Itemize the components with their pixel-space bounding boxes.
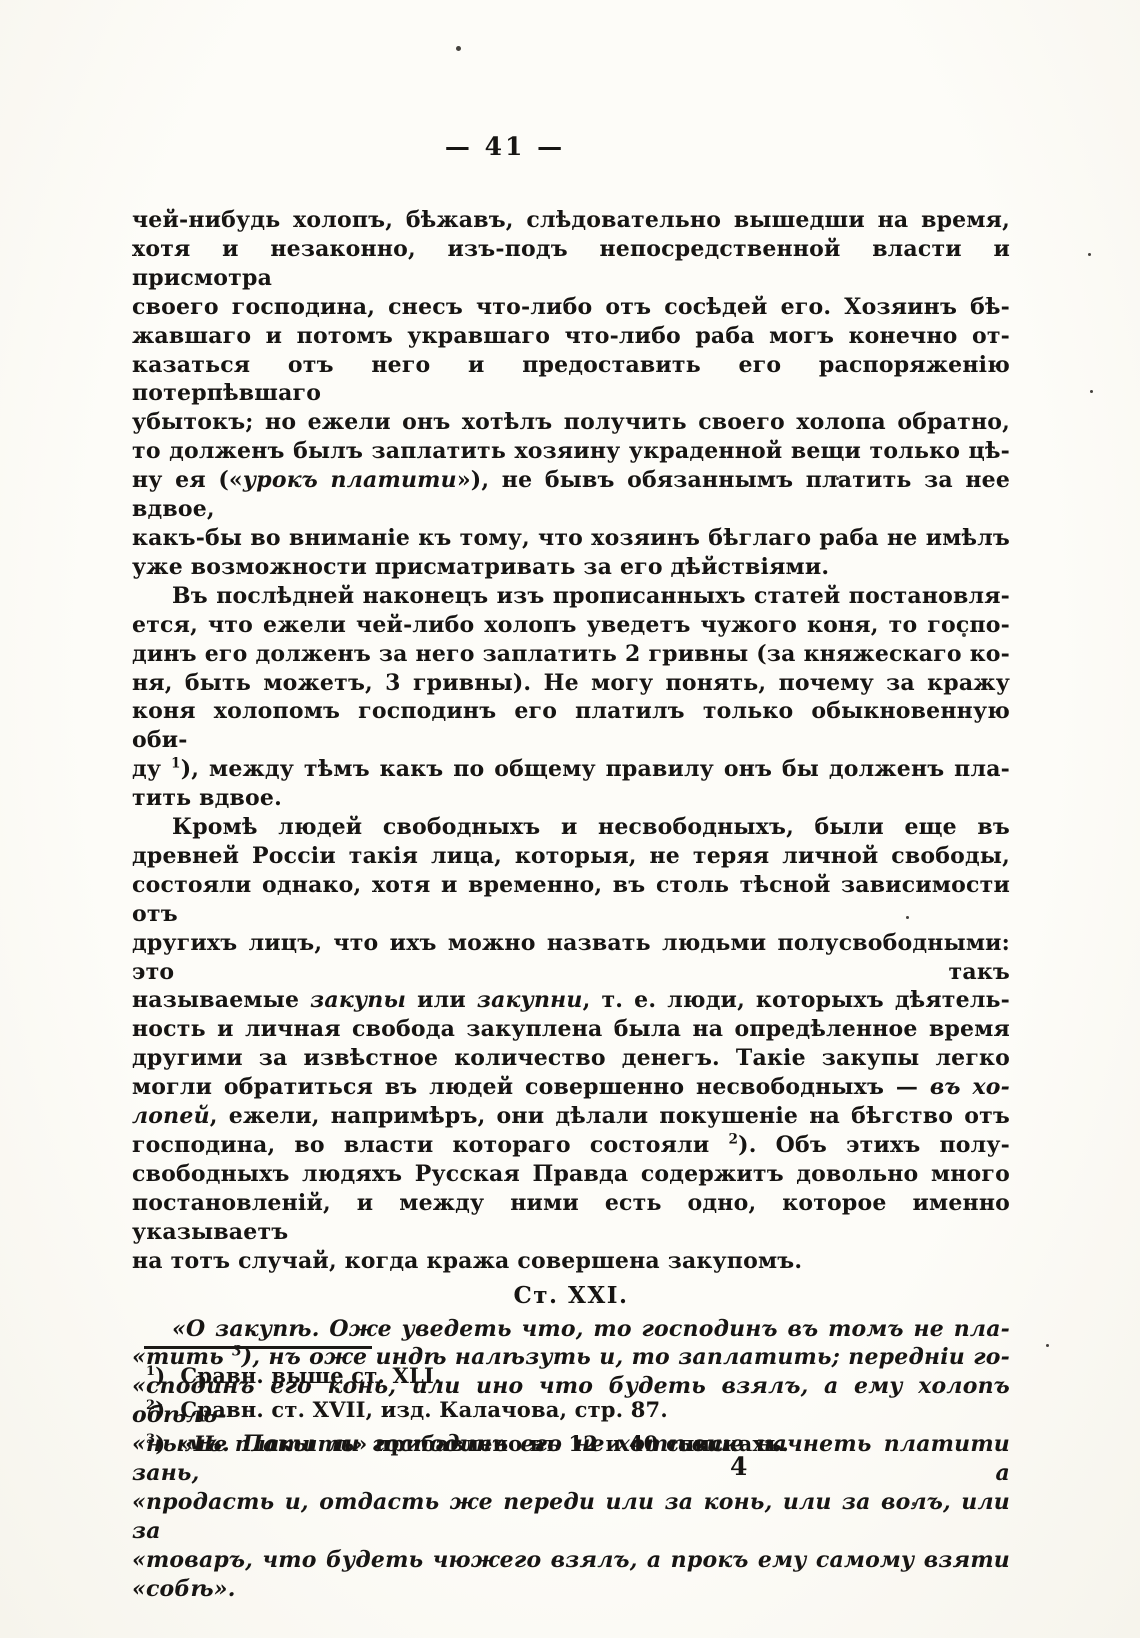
text-line: постановленій, и между ними есть одно, к… [132, 1189, 1010, 1247]
text-line: ду 1), между тѣмъ какъ по общему правилу… [132, 755, 1010, 784]
footnotes-block: 1) Сравн. выше ст. XLI.2) Сравн. ст. XVI… [132, 1346, 1010, 1461]
paragraph-1: чей-нибудь холопъ, бѣжавъ, слѣдовательно… [132, 206, 1010, 582]
text-line: другихъ лицъ, что ихъ можно назвать людь… [132, 929, 1010, 987]
signature-number: 4 [730, 1452, 748, 1481]
section-heading: Ст. XXI. [132, 1281, 1010, 1311]
text-line: чей-нибудь холопъ, бѣжавъ, слѣдовательно… [132, 206, 1010, 235]
scan-speck [1046, 1344, 1049, 1347]
text-line: коня холопомъ господинъ его платилъ толь… [132, 697, 1010, 755]
text-line: называемые закупы или закупни, т. е. люд… [132, 986, 1010, 1015]
text-line: лопей, ежели, напримѣръ, они дѣлали поку… [132, 1102, 1010, 1131]
text-line: на тотъ случай, когда кража совершена за… [132, 1247, 1010, 1276]
page-number-header: — 41 — [0, 132, 1010, 161]
text-line: убытокъ; но ежели онъ хотѣлъ получить св… [132, 408, 1010, 437]
text-line: состояли однако, хотя и временно, въ сто… [132, 871, 1010, 929]
text-line: хотя и незаконно, изъ-подъ непосредствен… [132, 235, 1010, 293]
text-line: Въ послѣдней наконецъ изъ прописанныхъ с… [132, 582, 1010, 611]
text-line: ня, быть можетъ, 3 гривны). Не могу поня… [132, 669, 1010, 698]
footnote-separator-rule [144, 1346, 372, 1349]
text-line: 1) Сравн. выше ст. XLI. [132, 1359, 1010, 1393]
text-line: «товаръ, что будеть чюжего взялъ, а прок… [132, 1546, 1010, 1575]
text-line: тить вдвое. [132, 784, 1010, 813]
scan-speck [906, 916, 909, 919]
scan-speck [836, 477, 839, 480]
text-line: Кромѣ людей свободныхъ и несвободныхъ, б… [132, 813, 1010, 842]
text-line: могли обратиться въ людей совершенно нес… [132, 1073, 1010, 1102]
text-line: 2) Сравн. ст. XVII, изд. Калачова, стр. … [132, 1393, 1010, 1427]
scan-speck [912, 1502, 916, 1506]
text-line: ется, что ежели чей-либо холопъ уведетъ … [132, 611, 1010, 640]
scan-speck [962, 633, 966, 637]
text-line: 3) «Не платить» прибавлено въ 12 и 40 сп… [132, 1427, 1010, 1461]
text-line: то долженъ былъ заплатить хозяину украде… [132, 437, 1010, 466]
text-line: древней Россіи такія лица, которыя, не т… [132, 842, 1010, 871]
scan-speck [456, 46, 461, 51]
text-line: казаться отъ него и предоставить его рас… [132, 351, 1010, 409]
text-line: другими за извѣстное количество денегъ. … [132, 1044, 1010, 1073]
book-page: — 41 — чей-нибудь холопъ, бѣжавъ, слѣдов… [0, 0, 1140, 1638]
paragraph-2: Въ послѣдней наконецъ изъ прописанныхъ с… [132, 582, 1010, 813]
text-line: господина, во власти котораго состояли 2… [132, 1131, 1010, 1160]
text-line: «продасть и, отдасть же переди или за ко… [132, 1488, 1010, 1546]
text-line: «О закупѣ. Оже уведеть что, то господинъ… [132, 1315, 1010, 1344]
text-line: «собѣ». [132, 1575, 1010, 1604]
scan-speck [1090, 390, 1093, 393]
text-line: своего господина, снесъ что-либо отъ сос… [132, 293, 1010, 322]
text-line: ну ея («урокъ платити»), не бывъ обязанн… [132, 466, 1010, 524]
text-line: свободныхъ людяхъ Русская Правда содержи… [132, 1160, 1010, 1189]
scan-speck [1088, 253, 1091, 256]
text-line: какъ-бы во вниманіе къ тому, что хозяинъ… [132, 524, 1010, 553]
footnote-lines: 1) Сравн. выше ст. XLI.2) Сравн. ст. XVI… [132, 1359, 1010, 1461]
text-line: жавшаго и потомъ укравшаго что-либо раба… [132, 322, 1010, 351]
text-line: динъ его долженъ за него заплатить 2 гри… [132, 640, 1010, 669]
text-line: ность и личная свобода закуплена была на… [132, 1015, 1010, 1044]
paragraph-3: Кромѣ людей свободныхъ и несвободныхъ, б… [132, 813, 1010, 1276]
text-line: уже возможности присматривать за его дѣй… [132, 553, 1010, 582]
